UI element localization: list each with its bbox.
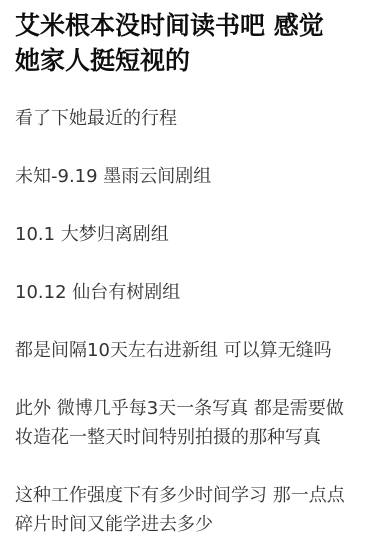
post-paragraph: 未知-9.19 墨雨云间剧组 (15, 162, 361, 191)
post-paragraph: 此外 微博几乎每3天一条写真 都是需要做妆造花一整天时间特别拍摄的那种写真 (15, 394, 361, 452)
post-title: 艾米根本没时间读书吧 感觉她家人挺短视的 (15, 8, 347, 78)
post-paragraph: 都是间隔10天左右进新组 可以算无缝吗 (15, 336, 361, 365)
post-paragraph: 这种工作强度下有多少时间学习 那一点点碎片时间又能学进去多少 (15, 481, 361, 539)
post-paragraph: 看了下她最近的行程 (15, 104, 361, 133)
post-paragraph: 10.12 仙台有树剧组 (15, 278, 361, 307)
post-paragraph: 10.1 大梦归离剧组 (15, 220, 361, 249)
post-content: 艾米根本没时间读书吧 感觉她家人挺短视的 看了下她最近的行程 未知-9.19 墨… (0, 0, 375, 539)
